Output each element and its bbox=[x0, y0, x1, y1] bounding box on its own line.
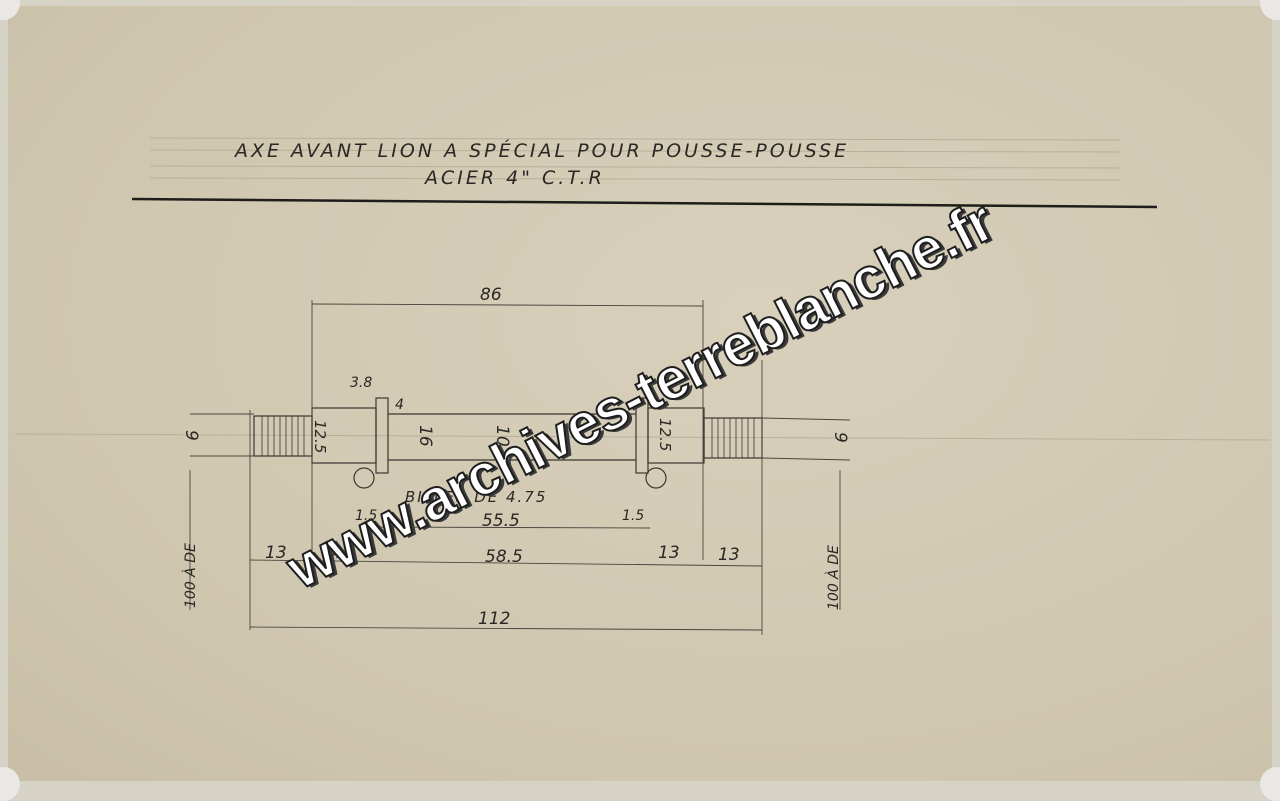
dim-55-5: 55.5 bbox=[482, 511, 520, 531]
dim-9-right: 9 bbox=[830, 432, 850, 443]
title-line-2: ACIER 4" C.T.R bbox=[423, 167, 605, 189]
dim-12-5-left: 12.5 bbox=[311, 420, 329, 453]
title-line-1: AXE AVANT LION A SPÉCIAL POUR POUSSE-POU… bbox=[233, 139, 849, 162]
dim-112: 112 bbox=[478, 609, 510, 629]
title-underline bbox=[132, 199, 1157, 207]
dim-86: 86 bbox=[480, 285, 502, 305]
dim-58-5: 58.5 bbox=[485, 547, 523, 567]
dim-13-mid: 13 bbox=[658, 543, 680, 563]
dim-3-8: 3.8 bbox=[350, 375, 372, 391]
thread-spec-right: 100 À DE bbox=[825, 545, 842, 610]
dim-13-right: 13 bbox=[718, 545, 740, 565]
dim-9-left: 9 bbox=[181, 430, 201, 441]
thread-spec-left: 100 À DE bbox=[182, 543, 199, 608]
dim-4: 4 bbox=[395, 397, 404, 413]
dim-1-5-right: 1.5 bbox=[622, 508, 644, 524]
dim-16: 16 bbox=[415, 425, 435, 447]
